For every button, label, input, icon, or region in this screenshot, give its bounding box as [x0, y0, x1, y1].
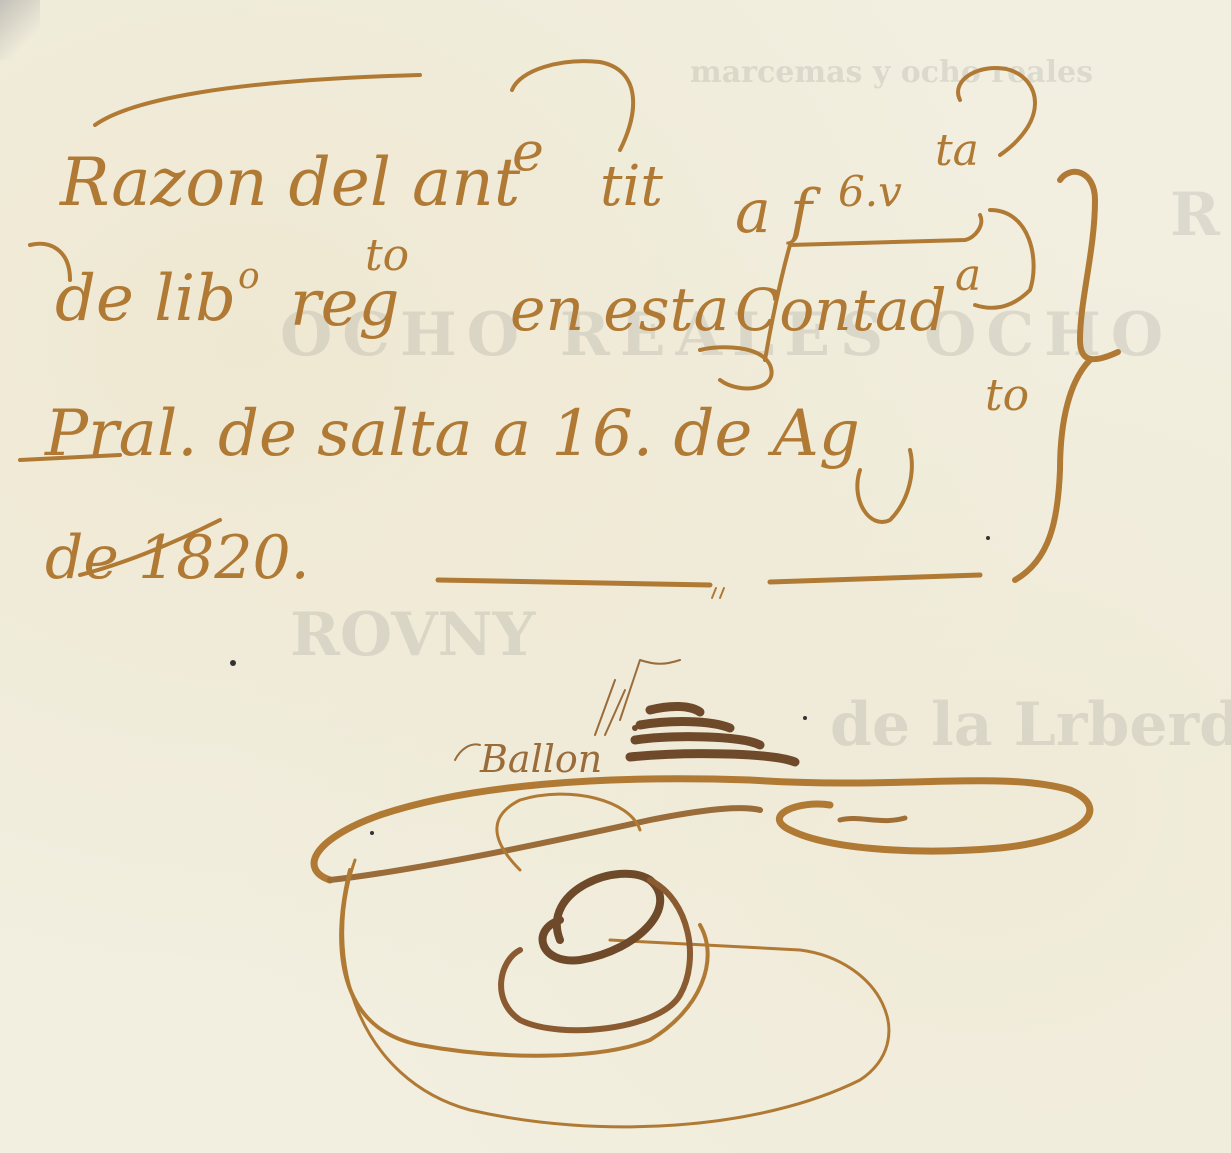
svg-text:a f: a f — [735, 177, 822, 247]
svg-text:o: o — [238, 256, 260, 297]
svg-text:to: to — [985, 370, 1029, 421]
curly-brace — [1015, 172, 1118, 580]
svg-text:Contad: Contad — [735, 276, 947, 344]
svg-text:Ballon: Ballon — [479, 737, 602, 781]
handwriting-ink: Razon del ant e tit a f 6.v ta de lib o … — [0, 0, 1231, 1153]
svg-text:a: a — [955, 250, 981, 301]
line-3-ink: Pral. de salta a 16. de Ag to — [20, 370, 1029, 522]
svg-text:de 1820.: de 1820. — [45, 523, 310, 593]
svg-text:en esta: en esta — [510, 275, 729, 345]
manuscript-page: marcemas y ocho reales R OCHO REALES OCH… — [0, 0, 1231, 1153]
signature-ink: Ballon — [314, 660, 1090, 1127]
svg-text:tit: tit — [600, 154, 663, 219]
svg-text:Razon del ant: Razon del ant — [59, 144, 521, 221]
svg-text:6.v: 6.v — [838, 167, 902, 216]
svg-text:ta: ta — [935, 125, 979, 176]
svg-text:e: e — [512, 120, 544, 183]
line-4-ink: de 1820. — [45, 520, 980, 598]
line-2-ink: de lib o reg to en esta Contad a — [30, 230, 981, 388]
svg-text:Pral. de salta a 16. de Ag: Pral. de salta a 16. de Ag — [44, 397, 860, 471]
svg-text:de lib: de lib — [55, 262, 236, 336]
svg-text:to: to — [365, 230, 409, 281]
